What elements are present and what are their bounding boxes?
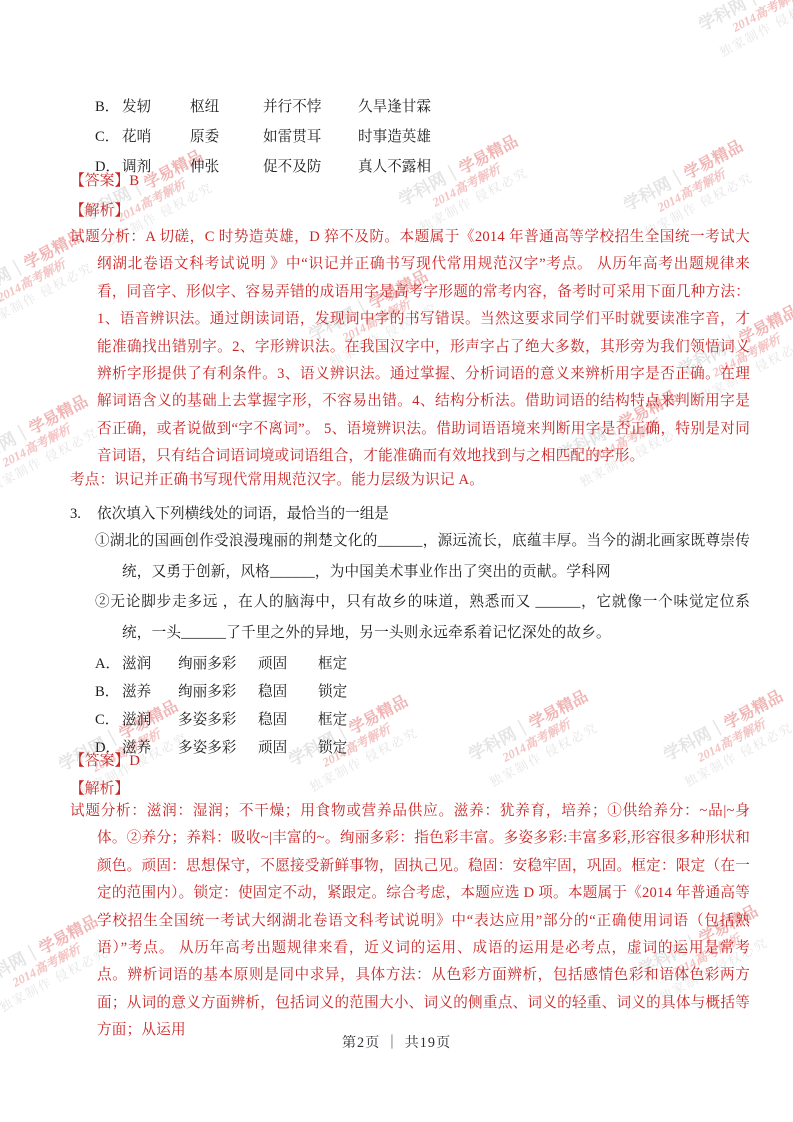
option-word: 绚丽多彩 (178, 652, 258, 673)
q3-item2: ②无论脚步走多远 ，在人的脑海中，只有故乡的味道，熟悉而又 ______，它就像… (95, 587, 750, 648)
option-word: 时事造英雄 (358, 125, 655, 146)
option-word: 滋养 (122, 680, 178, 701)
answer-tag: 【答案】 (70, 753, 129, 769)
option-word: 真人不露相 (358, 155, 655, 176)
q2-answer-line: 【答案】B (70, 170, 139, 192)
option-row-c: C． 花哨 原委 如雷贯耳 时事造英雄 (95, 120, 655, 150)
option-word: 稳固 (258, 708, 318, 729)
option-word: 发轫 (122, 95, 190, 116)
option-row-b: B． 滋养 绚丽多彩 稳固 锁定 (95, 676, 655, 704)
option-word: 伸张 (190, 155, 263, 176)
answer-value: B (129, 173, 139, 189)
q2-kaodian-line: 考点：识记并正确书写现代常用规范汉字。能力层级为识记 A。 (70, 468, 484, 489)
q3-options: A． 滋润 绚丽多彩 顽固 框定 B． 滋养 绚丽多彩 稳固 锁定 C． 滋润 … (95, 648, 655, 760)
q3-stem-row: 3. 依次填入下列横线处的词语，最恰当的一组是 (70, 503, 723, 525)
q3-item1: ①湖北的国画创作受浪漫瑰丽的荆楚文化的______，源远流长，底蕴丰厚。当今的湖… (95, 526, 750, 587)
page-footer: 第2页 ｜ 共19页 (0, 1032, 793, 1052)
watermark: 学科网｜学易精品 2014高考解析 独家制作 侵权必究 (661, 687, 793, 793)
watermark: 学科网｜学易精品 2014高考解析 独家制作 侵权必究 (696, 0, 793, 63)
option-word: 顽固 (258, 736, 318, 757)
question-stem: 依次填入下列横线处的词语，最恰当的一组是 (97, 503, 723, 525)
option-word: 多姿多彩 (178, 708, 258, 729)
q3-analysis-tag: 【解析】 (70, 778, 129, 800)
option-word: 原委 (190, 125, 263, 146)
option-word: 久旱逢甘霖 (358, 95, 655, 116)
q2-analysis-paragraph: 试题分析：A 切磋，C 时势造英雄，D 猝不及防。本题属于《2014 年普通高等… (70, 224, 750, 471)
option-row-d: D． 调剂 伸张 促不及防 真人不露相 (95, 150, 655, 180)
q3-analysis-paragraph: 试题分析：滋润：湿润；不干燥；用食物或营养品供应。滋养：犹养育，培养；①供给养分… (70, 798, 750, 1019)
option-label: A． (95, 652, 122, 673)
option-word: 稳固 (258, 680, 318, 701)
option-label: B． (95, 680, 122, 701)
option-row-b: B． 发轫 枢纽 并行不悖 久旱逢甘霖 (95, 90, 655, 120)
option-word: 花哨 (122, 125, 190, 146)
option-word: 多姿多彩 (178, 736, 258, 757)
option-row-a: A． 滋润 绚丽多彩 顽固 框定 (95, 648, 655, 676)
option-word: 绚丽多彩 (178, 680, 258, 701)
option-label: C． (95, 708, 122, 729)
answer-value: D (129, 753, 140, 769)
q3-answer-line: 【答案】D (70, 750, 140, 772)
option-word: 锁定 (318, 736, 655, 757)
option-row-d: D． 滋养 多姿多彩 顽固 锁定 (95, 732, 655, 760)
option-word: 滋润 (122, 652, 178, 673)
option-row-c: C． 滋润 多姿多彩 稳固 框定 (95, 704, 655, 732)
option-word: 滋润 (122, 708, 178, 729)
option-word: 并行不悖 (263, 95, 358, 116)
document-page: 学科网｜学易精品 2014高考解析 独家制作 侵权必究 学科网｜学易精品 201… (0, 0, 793, 1122)
question-number: 3. (70, 503, 97, 525)
option-label: C． (95, 125, 122, 146)
option-label: B． (95, 95, 122, 116)
answer-tag: 【答案】 (70, 173, 129, 189)
q2-analysis-tag: 【解析】 (70, 200, 129, 222)
option-word: 框定 (318, 708, 655, 729)
q2-options: B． 发轫 枢纽 并行不悖 久旱逢甘霖 C． 花哨 原委 如雷贯耳 时事造英雄 … (95, 90, 655, 180)
option-word: 如雷贯耳 (263, 125, 358, 146)
option-word: 促不及防 (263, 155, 358, 176)
option-word: 顽固 (258, 652, 318, 673)
option-word: 框定 (318, 652, 655, 673)
analysis-tag: 【解析】 (70, 781, 129, 797)
option-word: 锁定 (318, 680, 655, 701)
option-word: 枢纽 (190, 95, 263, 116)
analysis-tag: 【解析】 (70, 203, 129, 219)
